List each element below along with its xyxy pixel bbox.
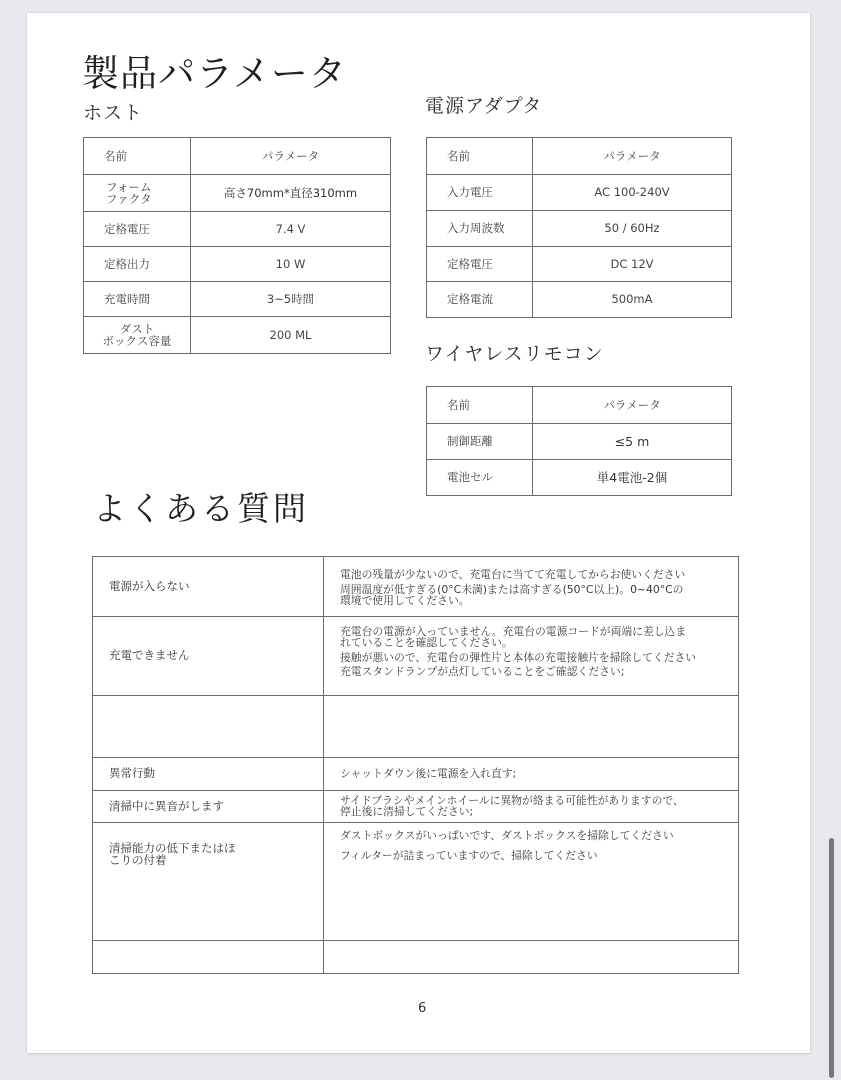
row-name: 定格電流 [427,282,533,318]
answer-line: 充電スタンドランプが点灯していることをご確認ください; [340,667,738,678]
row-value: ≤5 m [533,424,732,460]
row-value: 高さ70mm*直径310mm [191,175,391,212]
table-row: 制御距離 ≤5 m [427,424,732,460]
header-param: パラメータ [533,387,732,424]
faq-row-empty [93,941,739,974]
row-name: ダスト ボックス容量 [84,317,191,354]
faq-heading: よくある質問 [93,492,309,525]
faq-row: 電源が入らない 電池の残量が少ないので、充電台に当てて充電してからお使いください… [93,557,739,617]
header-name: 名前 [427,138,533,175]
header-param: パラメータ [191,138,391,175]
table-row: ダスト ボックス容量 200 ML [84,317,391,354]
faq-answer [324,696,739,758]
row-value: 200 ML [191,317,391,354]
vertical-scrollbar[interactable] [829,838,834,1078]
table-header-row: 名前 パラメータ [427,138,732,175]
faq-row: 清掃能力の低下またはほ こりの付着 ダストボックスがいっぱいです、ダストボックス… [93,823,739,941]
row-name: 制御距離 [427,424,533,460]
answer-line: フィルターが詰まっていますので、掃除してください [340,851,738,862]
faq-question: 電源が入らない [93,557,324,617]
faq-question: 清掃能力の低下またはほ こりの付着 [93,823,324,941]
page-title: 製品パラメータ [82,55,347,92]
answer-line: 環境で使用してください。 [340,596,738,607]
table-header-row: 名前 パラメータ [427,387,732,424]
host-heading: ホスト [83,104,143,123]
table-row: 定格出力 10 W [84,247,391,282]
table-row: 定格電圧 7.4 V [84,212,391,247]
header-name: 名前 [84,138,191,175]
table-row: 定格電圧 DC 12V [427,247,732,282]
document-page: 製品パラメータ ホスト 名前 パラメータ フォーム ファクタ 高さ70mm*直径… [27,13,810,1053]
table-header-row: 名前 パラメータ [84,138,391,175]
row-value: DC 12V [533,247,732,282]
answer-line: ダストボックスがいっぱいです、ダストボックスを掃除してください [340,831,738,842]
faq-question [93,696,324,758]
faq-answer: ダストボックスがいっぱいです、ダストボックスを掃除してください フィルターが詰ま… [324,823,739,941]
row-name: 電池セル [427,460,533,496]
row-name: 定格電圧 [427,247,533,282]
faq-table: 電源が入らない 電池の残量が少ないので、充電台に当てて充電してからお使いください… [92,556,739,974]
faq-question: 清掃中に異音がします [93,791,324,823]
answer-line: れていることを確認してください。 [340,638,738,649]
table-row: 定格電流 500mA [427,282,732,318]
header-name: 名前 [427,387,533,424]
row-value: 7.4 V [191,212,391,247]
answer-line: シャットダウン後に電源を入れ直す; [340,769,738,780]
faq-answer: 充電台の電源が入っていません。充電台の電源コードが両端に差し込ま れていることを… [324,617,739,696]
row-name: 入力周波数 [427,211,533,247]
row-name: 入力電圧 [427,175,533,211]
faq-answer [324,941,739,974]
faq-question [93,941,324,974]
faq-answer: サイドブラシやメインホイールに異物が絡まる可能性がありますので、 停止後に清掃し… [324,791,739,823]
host-spec-table: 名前 パラメータ フォーム ファクタ 高さ70mm*直径310mm 定格電圧 7… [83,137,391,354]
row-name: 充電時間 [84,282,191,317]
table-row: フォーム ファクタ 高さ70mm*直径310mm [84,175,391,212]
row-value: 単4電池-2個 [533,460,732,496]
table-row: 入力電圧 AC 100-240V [427,175,732,211]
faq-row: 清掃中に異音がします サイドブラシやメインホイールに異物が絡まる可能性があります… [93,791,739,823]
faq-row-empty [93,696,739,758]
faq-question: 充電できません [93,617,324,696]
remote-spec-table: 名前 パラメータ 制御距離 ≤5 m 電池セル 単4電池-2個 [426,386,732,496]
answer-line: 接触が悪いので、充電台の弾性片と本体の充電接触片を掃除してください [340,653,738,664]
row-name: 定格電圧 [84,212,191,247]
table-row: 充電時間 3~5時間 [84,282,391,317]
row-value: 3~5時間 [191,282,391,317]
row-name: 定格出力 [84,247,191,282]
header-param: パラメータ [533,138,732,175]
answer-line: 電池の残量が少ないので、充電台に当てて充電してからお使いください [340,570,738,581]
faq-question: 異常行動 [93,758,324,791]
adapter-heading: 電源アダプタ [425,97,542,116]
row-value: 500mA [533,282,732,318]
row-value: 50 / 60Hz [533,211,732,247]
table-row: 電池セル 単4電池-2個 [427,460,732,496]
page-number: 6 [418,1001,426,1016]
row-value: 10 W [191,247,391,282]
adapter-spec-table: 名前 パラメータ 入力電圧 AC 100-240V 入力周波数 50 / 60H… [426,137,732,318]
answer-line: 停止後に清掃してください; [340,807,738,818]
row-name: フォーム ファクタ [84,175,191,212]
faq-answer: シャットダウン後に電源を入れ直す; [324,758,739,791]
remote-heading: ワイヤレスリモコン [425,345,604,364]
table-row: 入力周波数 50 / 60Hz [427,211,732,247]
faq-row: 異常行動 シャットダウン後に電源を入れ直す; [93,758,739,791]
row-value: AC 100-240V [533,175,732,211]
faq-answer: 電池の残量が少ないので、充電台に当てて充電してからお使いください 周囲温度が低す… [324,557,739,617]
faq-row: 充電できません 充電台の電源が入っていません。充電台の電源コードが両端に差し込ま… [93,617,739,696]
